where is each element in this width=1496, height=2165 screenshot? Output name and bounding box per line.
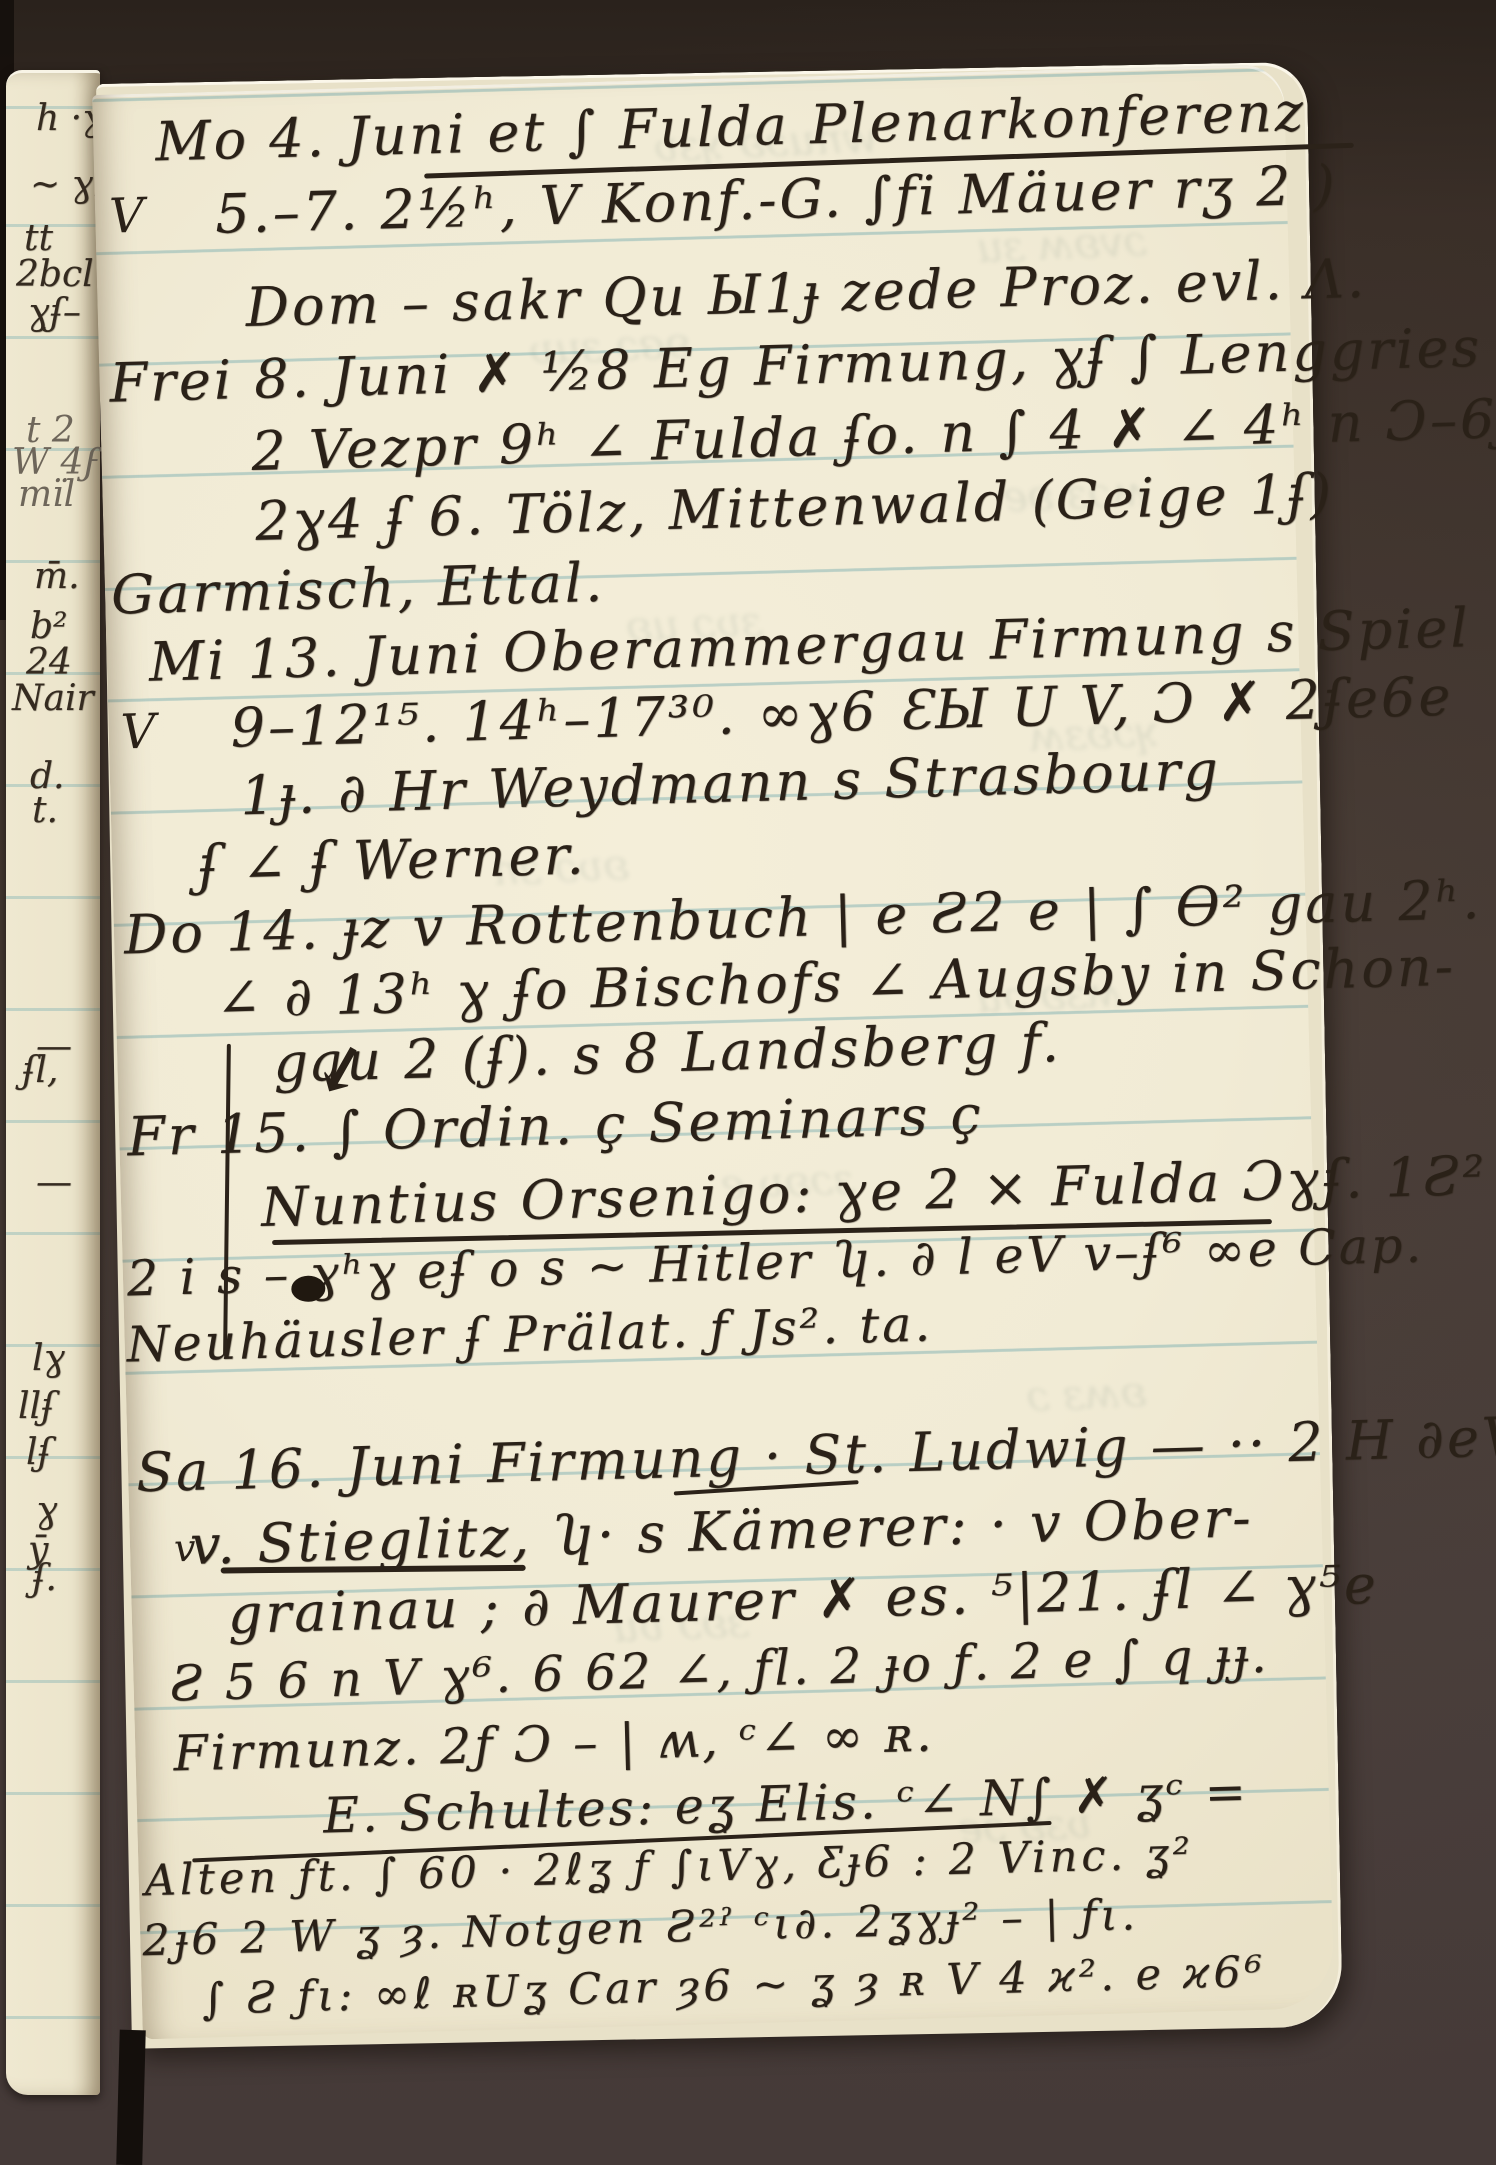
margin-check-mark: V [109, 192, 145, 241]
page-edge-fragment: lɣ [32, 1341, 65, 1377]
page-edge-fragment: ʄ. [32, 1561, 57, 1597]
page-edge-fragment: lʄ [26, 1435, 51, 1471]
diary-page: wnuɔʚ ʞɜʋ ɔvʚʍ ɜu ʚɞɔ ɜuʋ ʍɔɜ ʚe ɜʋɔ uʚ … [92, 64, 1335, 2040]
diary-line: Neuhäusler ʄ Prälat. ƒ Js². ta. [126, 1299, 933, 1369]
page-edge-fragment: llʄ [18, 1389, 54, 1425]
diary-line: gau 2 (ʄ). s 8 Landsberg f. [273, 1016, 1063, 1091]
page-edge-fragment: ʄl, [22, 1053, 58, 1089]
binding-gap [116, 2030, 146, 2165]
underline-v-stieglitz [221, 1565, 526, 1574]
diary-line: E. Schultes: eʓ Elis. ᶜ∠ N∫ ✗ ʓᶜ = [322, 1767, 1249, 1840]
diary-line: Firmunz. 2ƒ Ɔ – | ʍ, ᶜ∠ ∞ ʀ. [173, 1710, 935, 1779]
diary-line: ʄ ∠ ʄ Werner. [197, 828, 587, 892]
page-edge-fragment: — [36, 1165, 72, 1201]
diary-line: 2ɟ6 2 W ʓ ȝ. Notgen Ƨ²ˀ ᶜι∂. 2ʓɣɟ² – | ƒ… [142, 1894, 1140, 1963]
previous-pages-edge: h ·ɣ ~ ɣl. tt 2bcl. ɣʄ– t 2 W 4ϝ mïl m̄.… [6, 70, 100, 2095]
page-edge-fragment: t. [32, 793, 58, 829]
diary-line: Fr 15. ∫ Ordin. ç Seminars ç [127, 1088, 985, 1164]
bleed-through-text: ʚʍɜ ɔ [1025, 1367, 1147, 1421]
page-edge-fragment: b² [30, 609, 67, 645]
margin-bracket-line [223, 1044, 231, 1356]
diary-line: ∫ Ƨ ƒι: ∞ℓ ʀUʓ Car ȝ6 ~ ʓ ȝ ʀ V 4 ϰ². e … [201, 1951, 1266, 2022]
page-edge-fragment: tt [24, 221, 53, 257]
diary-line: 5.–7. 2½ʰ, V Konf.-G. ∫fi Mäuer rʒ 2 ) [214, 158, 1338, 241]
margin-check-mark: v [174, 1529, 196, 1568]
page-edge-fragment: 2bcl. [16, 257, 105, 293]
page-edge-fragment: mïl [18, 477, 75, 513]
diary-line: 1ɟ. ∂ Hr Weydmann s Strasbourg [240, 744, 1222, 824]
notebook-photo: h ·ɣ ~ ɣl. tt 2bcl. ɣʄ– t 2 W 4ϝ mïl m̄.… [0, 0, 1496, 2165]
page-edge-fragment: m̄. [34, 559, 80, 595]
diary-line: 2ɣ4 ʄ 6. Tölz, Mittenwald (Geige 1ʄ) [255, 467, 1335, 549]
page-edge-fragment: ɣʄ– [28, 295, 81, 331]
diary-line: Garmisch, Ettal. [110, 556, 605, 623]
margin-check-mark: V [120, 708, 156, 757]
page-edge-fragment: ɣ [36, 1493, 58, 1529]
diary-line: Mo 4. Juni et ∫ Fulda Plenarkonferenz [155, 85, 1307, 169]
page-edge-fragment: Nair [12, 681, 94, 717]
page-edge-fragment: 24 [26, 645, 72, 681]
